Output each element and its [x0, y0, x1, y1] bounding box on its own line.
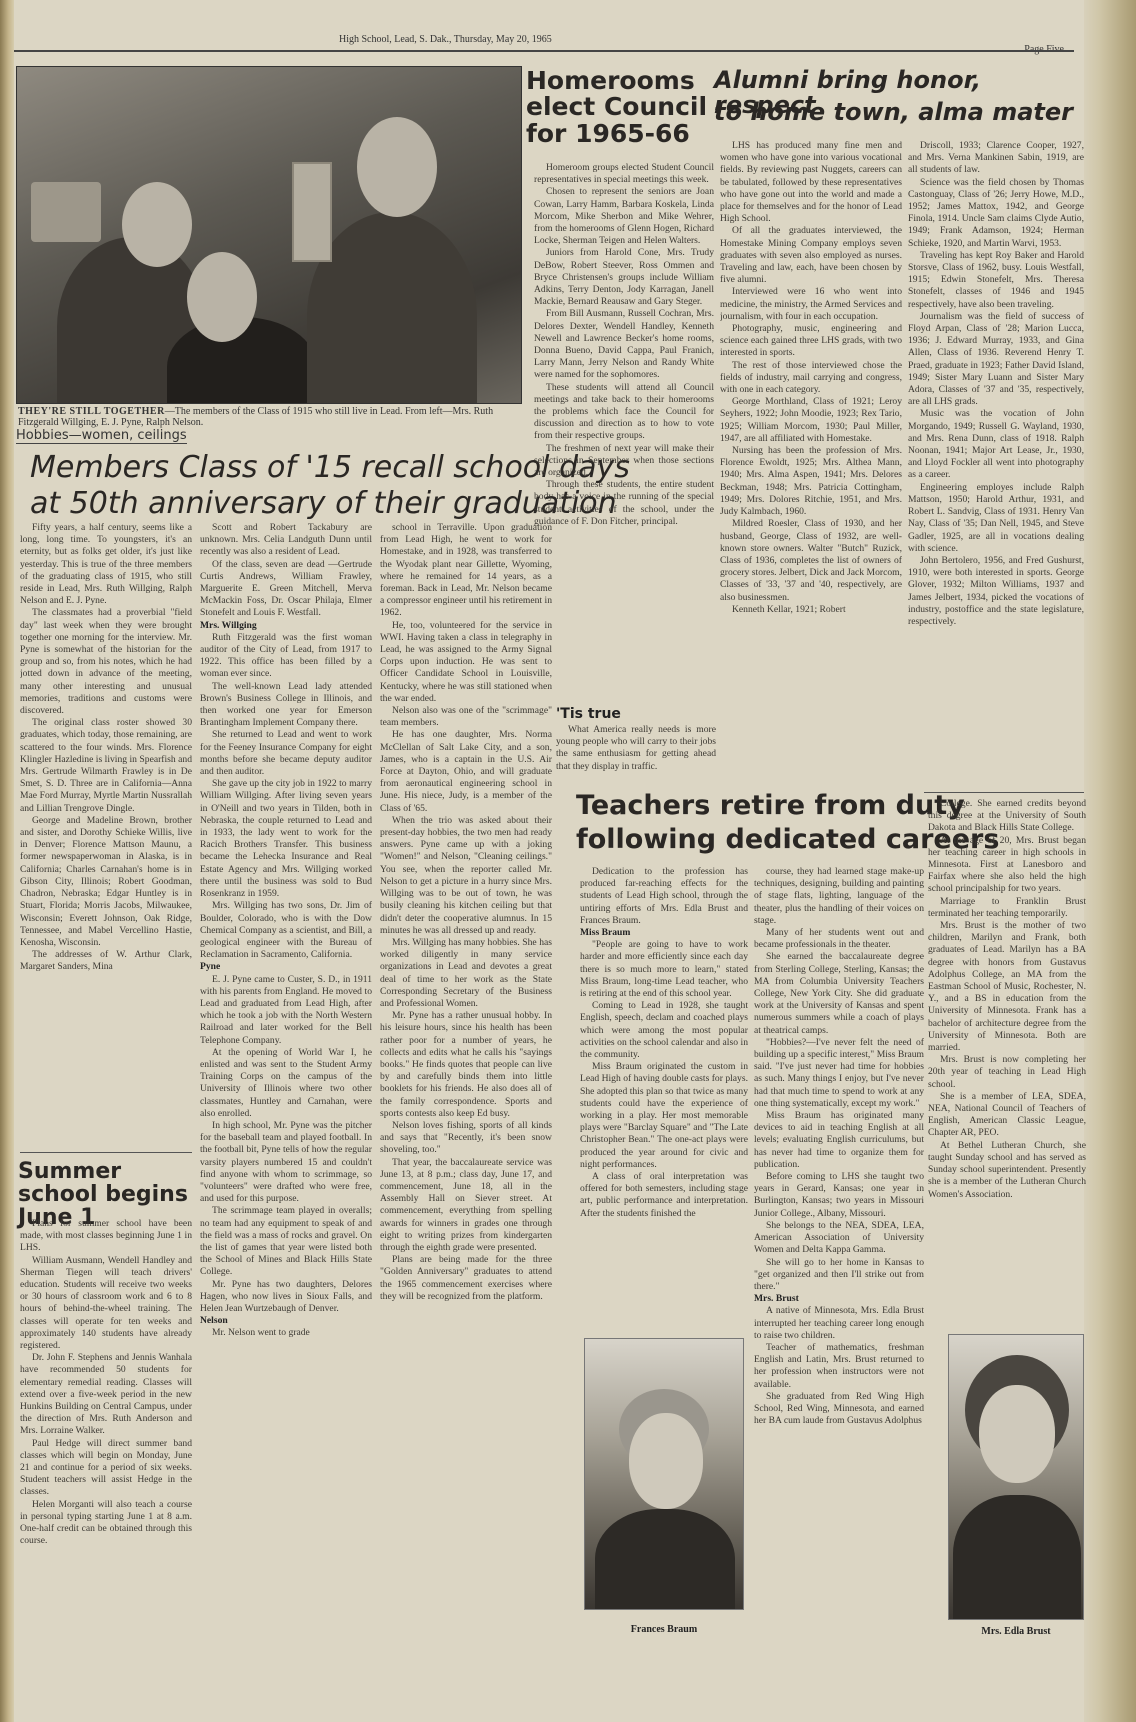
class15-headline-2: at 50th anniversary of their graduation — [30, 488, 617, 520]
paragraph: Miss Braum originated the custom in Lead… — [580, 1061, 748, 1171]
paragraph: Dedication to the profession has produce… — [580, 866, 748, 927]
paragraph: "People are going to have to work harder… — [580, 939, 748, 1000]
paragraph: She earned the baccalaureate degree from… — [754, 951, 924, 1036]
paragraph: LHS has produced many fine men and women… — [720, 140, 902, 225]
paragraph: Journalism was the field of success of F… — [908, 311, 1084, 409]
paragraph: Mr. Pyne has two daughters, Delores Hage… — [200, 1279, 372, 1316]
homerooms-headline: Homerooms elect Council for 1965-66 — [526, 68, 716, 147]
paragraph: Marriage to Franklin Brust terminated he… — [928, 896, 1086, 920]
lamp — [31, 182, 101, 242]
paragraph: Scott and Robert Tackabury are unknown. … — [200, 522, 372, 559]
masthead-title: High School, Lead, S. Dak., Thursday, Ma… — [339, 34, 552, 45]
class15-column-1: Fifty years, a half century, seems like … — [20, 522, 192, 1150]
wall-picture — [292, 162, 332, 262]
paragraph: The original class roster showed 30 grad… — [20, 717, 192, 815]
paragraph: Nelson also was one of the "scrimmage" t… — [380, 705, 552, 729]
paragraph: Music was the vocation of John Morgando,… — [908, 408, 1084, 481]
paragraph: Kenneth Kellar, 1921; Robert — [720, 604, 902, 616]
masthead: High School, Lead, S. Dak., Thursday, Ma… — [14, 32, 1074, 46]
paragraph: He, too, volunteered for the service in … — [380, 620, 552, 705]
paragraph: George and Madeline Brown, brother and s… — [20, 815, 192, 949]
teachers-column-3: College. She earned credits beyond this … — [928, 798, 1086, 1338]
caption-lead: THEY'RE STILL TOGETHER — [18, 406, 165, 417]
paragraph: At the opening of World War I, he enlist… — [200, 1047, 372, 1120]
paragraph: Paul Hedge will direct summer band class… — [20, 1438, 192, 1499]
paragraph: Dr. John F. Stephens and Jennis Wanhala … — [20, 1352, 192, 1437]
paragraph: Juniors from Harold Cone, Mrs. Trudy DeB… — [534, 247, 714, 308]
paragraph: Science was the field chosen by Thomas C… — [908, 177, 1084, 250]
paragraph: Nursing has been the profession of Mrs. … — [720, 445, 902, 518]
paragraph: College. She earned credits beyond this … — [928, 798, 1086, 835]
edla-brust-caption: Mrs. Edla Brust — [948, 1626, 1084, 1637]
paragraph: Mrs. Willging has two sons, Dr. Jim of B… — [200, 900, 372, 961]
paragraph: E. J. Pyne came to Custer, S. D., in 191… — [200, 974, 372, 1047]
paragraph: The well-known Lead lady attended Brown'… — [200, 681, 372, 730]
person-nelson — [307, 212, 477, 404]
paragraph: Of the class, seven are dead —Gertrude C… — [200, 559, 372, 620]
paragraph: When the trio was asked about their pres… — [380, 815, 552, 937]
subhead: Miss Braum — [580, 927, 748, 939]
paragraph: What America really needs is more young … — [556, 724, 716, 773]
teachers-column-1: Dedication to the profession has produce… — [580, 866, 748, 1330]
class15-column-2: Scott and Robert Tackabury are unknown. … — [200, 522, 372, 1672]
alumni-column-1: LHS has produced many fine men and women… — [720, 140, 902, 792]
teachers-divider — [924, 792, 1084, 793]
paragraph: She belongs to the NEA, SDEA, LEA, Ameri… — [754, 1220, 924, 1257]
braum-face — [629, 1413, 703, 1509]
page-edge — [1084, 0, 1136, 1722]
brust-face — [979, 1385, 1055, 1483]
paragraph: From Bill Ausmann, Russell Cochran, Mrs.… — [534, 308, 714, 381]
paragraph: Mrs. Willging has many hobbies. She has … — [380, 937, 552, 1010]
paragraph: Mrs. Brust is the mother of two children… — [928, 920, 1086, 1054]
paragraph: The rest of those interviewed chose the … — [720, 360, 902, 397]
paragraph: A class of oral interpretation was offer… — [580, 1171, 748, 1220]
paragraph: Homeroom groups elected Student Council … — [534, 162, 714, 186]
paragraph: Teacher of mathematics, freshman English… — [754, 1342, 924, 1391]
subhead: Nelson — [200, 1315, 372, 1327]
paragraph: She is a member of LEA, SDEA, NEA, Natio… — [928, 1091, 1086, 1140]
paragraph: Fifty years, a half century, seems like … — [20, 522, 192, 607]
braum-body — [595, 1509, 735, 1610]
paragraph: Many of her students went out and became… — [754, 927, 924, 951]
paragraph: Ruth Fitzgerald was the first woman audi… — [200, 632, 372, 681]
tis-true-body: What America really needs is more young … — [556, 724, 716, 788]
face-nelson — [357, 117, 437, 217]
paragraph: Plans for summer school have been made, … — [20, 1218, 192, 1255]
paragraph: George Morthland, Class of 1921; Leroy S… — [720, 396, 902, 445]
class15-kicker: Hobbies—women, ceilings — [16, 428, 187, 444]
paragraph: That year, the baccalaureate service was… — [380, 1157, 552, 1255]
paragraph: Mr. Nelson went to grade — [200, 1327, 372, 1339]
paragraph: course, they had learned stage make-up t… — [754, 866, 924, 927]
paragraph: Chosen to represent the seniors are Joan… — [534, 186, 714, 247]
paragraph: Driscoll, 1933; Clarence Cooper, 1927, a… — [908, 140, 1084, 177]
paragraph: She will go to her home in Kansas to "ge… — [754, 1257, 924, 1294]
subhead: Mrs. Brust — [754, 1293, 924, 1305]
paragraph: Plans are being made for the three "Gold… — [380, 1254, 552, 1303]
subhead: Pyne — [200, 961, 372, 973]
paragraph: John Bertolero, 1956, and Fred Gushurst,… — [908, 555, 1084, 628]
paragraph: He has one daughter, Mrs. Norma McClella… — [380, 729, 552, 814]
subhead: Mrs. Willging — [200, 620, 372, 632]
paragraph: She graduated from Red Wing High School,… — [754, 1391, 924, 1428]
newspaper-page: High School, Lead, S. Dak., Thursday, Ma… — [14, 0, 1084, 1722]
paragraph: "Hobbies?—I've never felt the need of bu… — [754, 1037, 924, 1110]
paragraph: Coming to Lead in 1928, she taught Engli… — [580, 1000, 748, 1061]
paragraph: The scrimmage team played in overalls; n… — [200, 1205, 372, 1278]
frances-braum-caption: Frances Braum — [584, 1624, 744, 1635]
paragraph: She gave up the city job in 1922 to marr… — [200, 778, 372, 900]
paragraph: The addresses of W. Arthur Clark, Margar… — [20, 949, 192, 973]
edla-brust-photo — [948, 1334, 1084, 1620]
paragraph: Photography, music, engineering and scie… — [720, 323, 902, 360]
paragraph: She returned to Lead and went to work fo… — [200, 729, 372, 778]
face-willging — [122, 182, 192, 267]
summer-divider — [20, 1152, 192, 1153]
masthead-rule — [14, 50, 1074, 52]
paragraph: Interviewed were 16 who went into medici… — [720, 286, 902, 323]
paragraph: These students will attend all Council m… — [534, 382, 714, 443]
paragraph: Engineering employes include Ralph Matts… — [908, 482, 1084, 555]
paragraph: Through these students, the entire stude… — [534, 479, 714, 528]
paragraph: Before coming to LHS she taught two year… — [754, 1171, 924, 1220]
paragraph: Traveling has kept Roy Baker and Harold … — [908, 250, 1084, 311]
paragraph: Helen Morganti will also teach a course … — [20, 1499, 192, 1548]
paragraph: Mrs. Brust is now completing her 20th ye… — [928, 1054, 1086, 1091]
paragraph: Miss Braum has originated many devices t… — [754, 1110, 924, 1171]
paragraph: A native of Minnesota, Mrs. Edla Brust i… — [754, 1305, 924, 1342]
tis-true-heading: 'Tis true — [556, 706, 621, 722]
class-of-1915-photo — [16, 66, 522, 404]
paragraph: At the age of 20, Mrs. Brust began her t… — [928, 835, 1086, 896]
paragraph: In high school, Mr. Pyne was the pitcher… — [200, 1120, 372, 1205]
alumni-column-2: Driscoll, 1933; Clarence Cooper, 1927, a… — [908, 140, 1084, 792]
paragraph: The classmates had a proverbial "field d… — [20, 607, 192, 717]
frances-braum-photo — [584, 1338, 744, 1610]
paragraph: Of all the graduates interviewed, the Ho… — [720, 225, 902, 286]
paragraph: William Ausmann, Wendell Handley and She… — [20, 1255, 192, 1353]
paragraph: At Bethel Lutheran Church, she taught Su… — [928, 1140, 1086, 1201]
teachers-column-2: course, they had learned stage make-up t… — [754, 866, 924, 1686]
brust-body — [953, 1495, 1081, 1620]
book-binding — [0, 0, 14, 1722]
paragraph: Mildred Roesler, Class of 1930, and her … — [720, 518, 902, 603]
homerooms-body: Homeroom groups elected Student Council … — [534, 162, 714, 687]
paragraph: The freshmen of next year will make thei… — [534, 443, 714, 480]
class15-column-3: school in Terraville. Upon graduation fr… — [380, 522, 552, 1672]
summer-body: Plans for summer school have been made, … — [20, 1218, 192, 1678]
paragraph: school in Terraville. Upon graduation fr… — [380, 522, 552, 620]
paragraph: Mr. Pyne has a rather unusual hobby. In … — [380, 1010, 552, 1120]
paragraph: Nelson loves fishing, sports of all kind… — [380, 1120, 552, 1157]
photo-caption: THEY'RE STILL TOGETHER—The members of th… — [18, 406, 524, 428]
teachers-headline-1: Teachers retire from duty — [576, 792, 965, 820]
alumni-headline-2: to home town, alma mater — [714, 100, 1073, 125]
face-pyne — [187, 252, 257, 342]
